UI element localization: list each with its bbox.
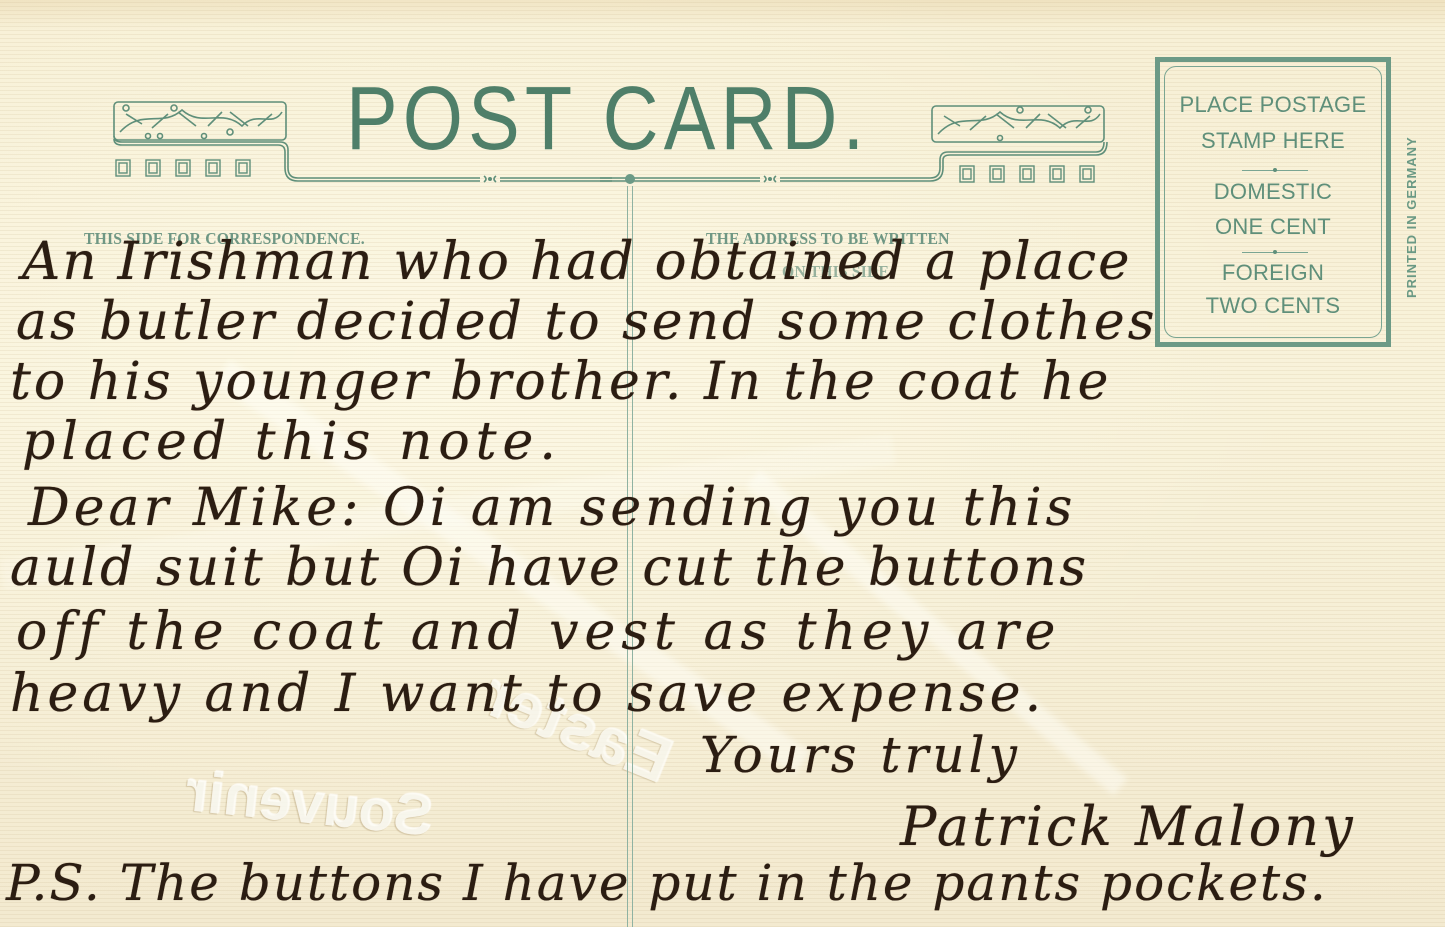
signature: Patrick Malony xyxy=(900,800,1356,854)
message-line: auld suit but Oi have cut the buttons xyxy=(10,542,1089,594)
message-line: Dear Mike: Oi am sending you this xyxy=(28,482,1076,534)
postscript-line: P.S. The buttons I have put in the pants… xyxy=(6,858,1328,908)
message-line: to his younger brother. In the coat he xyxy=(10,356,1111,408)
message-line: heavy and I want to save expense. xyxy=(10,668,1045,720)
message-line: as butler decided to send some clothes xyxy=(16,296,1157,348)
message-line: off the coat and vest as they are xyxy=(16,606,1061,658)
embossed-lettering: Souvenir xyxy=(182,757,436,850)
stamp-text: PLACE POSTAGE xyxy=(1160,92,1386,118)
postcard-back: Souvenir Easter xyxy=(0,0,1445,927)
embossed-word: Souvenir xyxy=(182,758,436,849)
stamp-text: ONE CENT xyxy=(1160,214,1386,240)
stamp-text: DOMESTIC xyxy=(1160,179,1386,205)
stamp-text: STAMP HERE xyxy=(1160,128,1386,154)
message-line: An Irishman who had obtained a place xyxy=(22,236,1132,288)
stamp-separator xyxy=(1242,170,1308,171)
stamp-text: TWO CENTS xyxy=(1160,293,1386,319)
printed-in-germany-label: PRINTED IN GERMANY xyxy=(1404,136,1419,298)
stamp-text: FOREIGN xyxy=(1160,260,1386,286)
stamp-separator xyxy=(1242,252,1308,253)
message-line: placed this note. xyxy=(22,416,562,468)
stamp-box: PLACE POSTAGE STAMP HERE DOMESTIC ONE CE… xyxy=(1155,57,1391,347)
closing-line: Yours truly xyxy=(700,730,1021,780)
postcard-title: POST CARD. xyxy=(346,74,828,164)
